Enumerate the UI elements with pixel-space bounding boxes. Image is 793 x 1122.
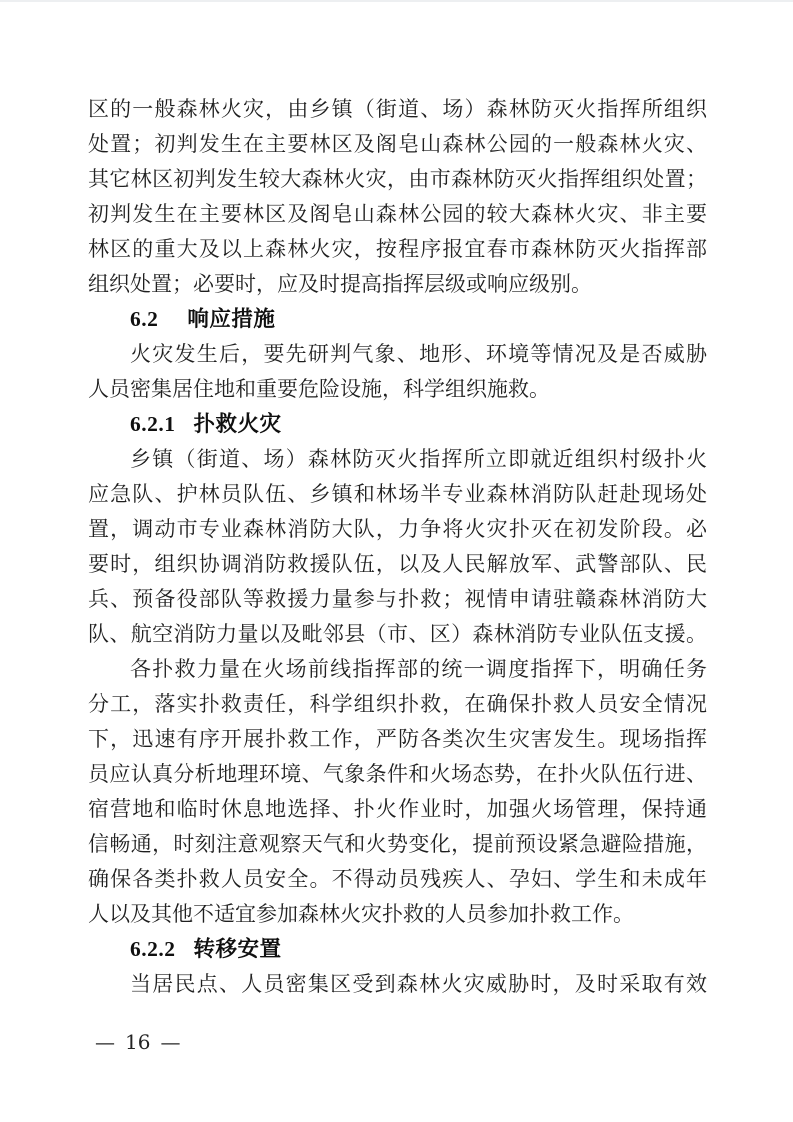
text-line: 其它林区初判发生较大森林火灾，由市森林防灭火指挥组织处置；: [88, 162, 707, 197]
text-line: 各扑救力量在火场前线指挥部的统一调度指挥下，明确任务: [88, 652, 707, 687]
text-block: 区的一般森林火灾，由乡镇（街道、场）森林防灭火指挥所组织 处置；初判发生在主要林…: [88, 92, 707, 1002]
text-line: 组织处置；必要时，应及时提高指挥层级或响应级别。: [88, 267, 707, 302]
text-line: 员应认真分析地理环境、气象条件和火场态势，在扑火队伍行进、: [88, 757, 707, 792]
section-heading-6-2: 6.2 响应措施: [88, 302, 707, 337]
text-line: 处置；初判发生在主要林区及阁皂山森林公园的一般森林火灾、: [88, 127, 707, 162]
section-heading-6-2-2: 6.2.2 转移安置: [88, 932, 707, 967]
section-heading-6-2-1: 6.2.1 扑救火灾: [88, 407, 707, 442]
text-line: 信畅通，时刻注意观察天气和火势变化，提前预设紧急避险措施，: [88, 827, 707, 862]
footer-right-dash: —: [160, 1030, 180, 1054]
footer-left-dash: —: [95, 1030, 115, 1054]
text-line: 确保各类扑救人员安全。不得动员残疾人、孕妇、学生和未成年: [88, 862, 707, 897]
page-number-footer: —16—: [95, 1030, 180, 1054]
section-number: 6.2: [130, 307, 158, 331]
text-line: 人以及其他不适宜参加森林火灾扑救的人员参加扑救工作。: [88, 897, 707, 932]
text-line: 火灾发生后，要先研判气象、地形、环境等情况及是否威胁: [88, 337, 707, 372]
text-line: 初判发生在主要林区及阁皂山森林公园的较大森林火灾、非主要: [88, 197, 707, 232]
section-number: 6.2.2: [130, 937, 176, 961]
text-line: 要时，组织协调消防救援队伍，以及人民解放军、武警部队、民: [88, 547, 707, 582]
document-page: 区的一般森林火灾，由乡镇（街道、场）森林防灭火指挥所组织 处置；初判发生在主要林…: [0, 0, 793, 1122]
text-line: 队、航空消防力量以及毗邻县（市、区）森林消防专业队伍支援。: [88, 617, 707, 652]
section-number: 6.2.1: [130, 412, 176, 436]
text-line: 置，调动市专业森林消防大队，力争将火灾扑灭在初发阶段。必: [88, 512, 707, 547]
text-line: 分工，落实扑救责任，科学组织扑救，在确保扑救人员安全情况: [88, 687, 707, 722]
text-line: 乡镇（街道、场）森林防灭火指挥所立即就近组织村级扑火: [88, 442, 707, 477]
text-line: 区的一般森林火灾，由乡镇（街道、场）森林防灭火指挥所组织: [88, 92, 707, 127]
text-line: 宿营地和临时休息地选择、扑火作业时，加强火场管理，保持通: [88, 792, 707, 827]
text-line: 当居民点、人员密集区受到森林火灾威胁时，及时采取有效: [88, 967, 707, 1002]
text-line: 兵、预备役部队等救援力量参与扑救；视情申请驻赣森林消防大: [88, 582, 707, 617]
text-line: 应急队、护林员队伍、乡镇和林场半专业森林消防队赶赴现场处: [88, 477, 707, 512]
text-line: 人员密集居住地和重要危险设施，科学组织施救。: [88, 372, 707, 407]
section-title: 响应措施: [187, 307, 275, 332]
section-title: 扑救火灾: [194, 412, 282, 437]
text-line: 下，迅速有序开展扑救工作，严防各类次生灾害发生。现场指挥: [88, 722, 707, 757]
page-number: 16: [125, 1030, 150, 1054]
text-line: 林区的重大及以上森林火灾，按程序报宜春市森林防灭火指挥部: [88, 232, 707, 267]
section-title: 转移安置: [194, 937, 282, 962]
